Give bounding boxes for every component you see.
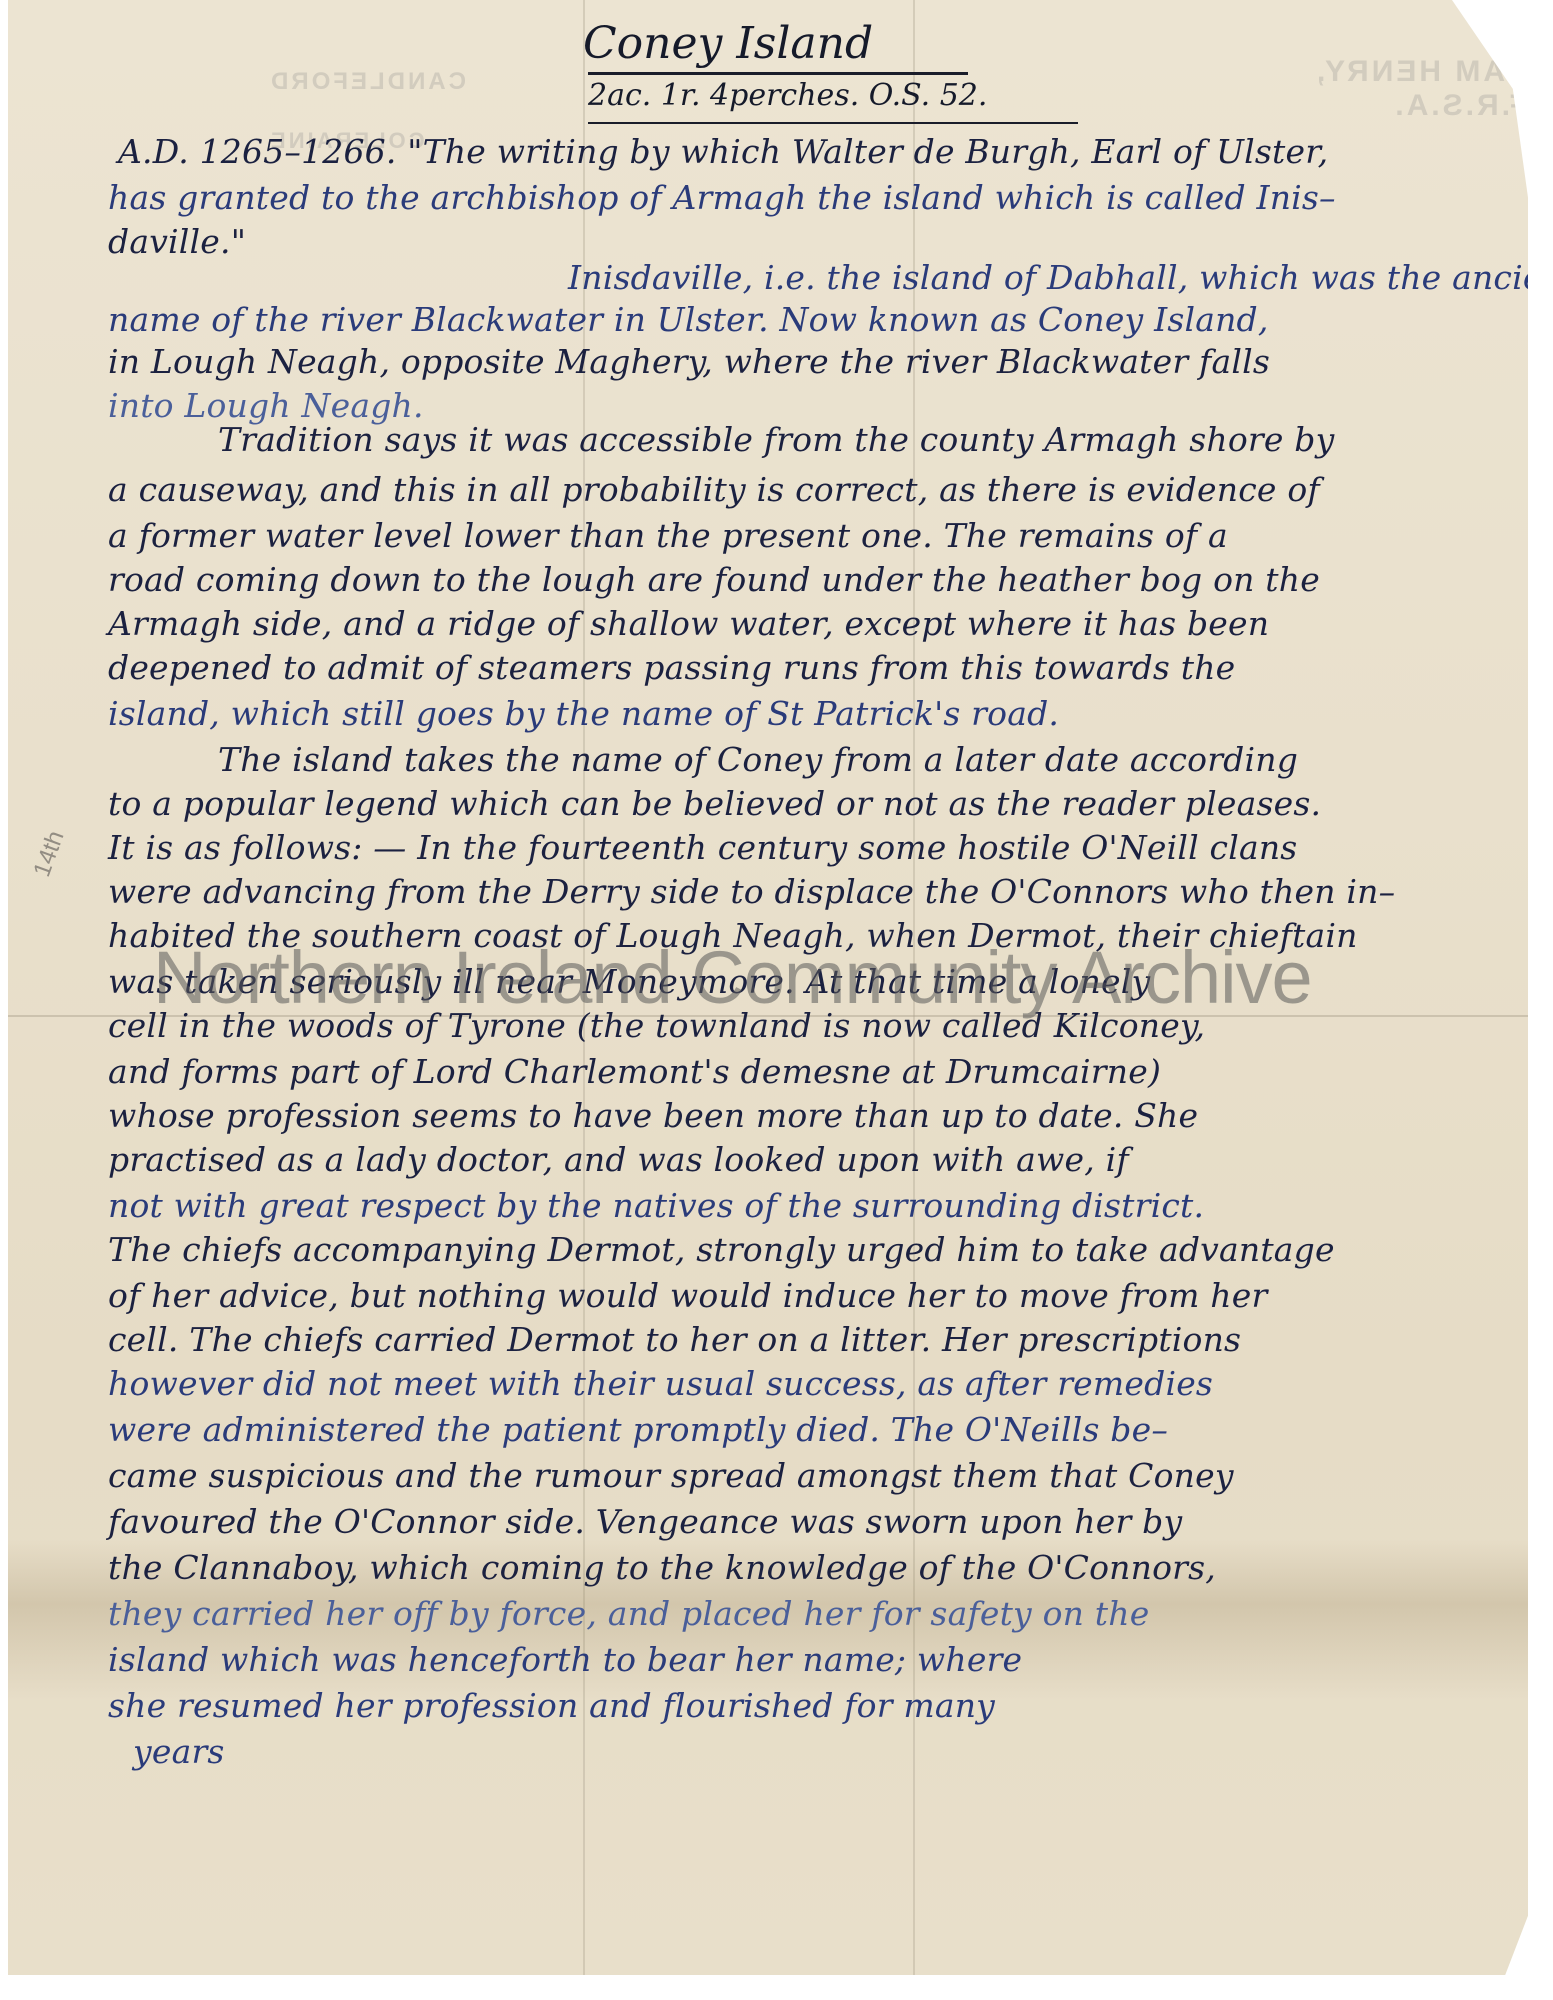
text-line: road coming down to the lough are found … xyxy=(108,560,1320,599)
page-title: Coney Island xyxy=(583,18,873,69)
pencil-margin-note: 14th xyxy=(28,827,70,880)
text-line: island which was henceforth to bear her … xyxy=(108,1640,1022,1679)
text-line: Armagh side, and a ridge of shallow wate… xyxy=(108,604,1269,643)
text-line: the Clannaboy, which coming to the knowl… xyxy=(108,1548,1216,1587)
text-line: deepened to admit of steamers passing ru… xyxy=(108,648,1235,687)
text-line: she resumed her profession and flourishe… xyxy=(108,1686,995,1725)
text-line: practised as a lady doctor, and was look… xyxy=(108,1140,1129,1179)
text-line: Inisdaville, i.e. the island of Dabhall,… xyxy=(568,258,1553,297)
letterhead-place: CANDLEFORD xyxy=(268,68,466,96)
letter-page: SAM HENRY, F.R.S.A. CANDLEFORD COLERAINE… xyxy=(8,0,1528,1975)
text-line: The island takes the name of Coney from … xyxy=(218,740,1298,779)
text-line: a causeway, and this in all probability … xyxy=(108,470,1320,509)
text-line: island, which still goes by the name of … xyxy=(108,694,1059,733)
text-line: were administered the patient promptly d… xyxy=(108,1410,1168,1449)
text-line: were advancing from the Derry side to di… xyxy=(108,872,1395,911)
text-line: Tradition says it was accessible from th… xyxy=(218,420,1334,459)
text-line: however did not meet with their usual su… xyxy=(108,1364,1213,1403)
text-line: A.D. 1265–1266. "The writing by which Wa… xyxy=(118,132,1328,171)
text-line: has granted to the archbishop of Armagh … xyxy=(108,178,1336,217)
text-line: daville." xyxy=(108,222,246,261)
text-line: and forms part of Lord Charlemont's deme… xyxy=(108,1052,1161,1091)
text-line: came suspicious and the rumour spread am… xyxy=(108,1456,1234,1495)
text-line: years xyxy=(133,1732,225,1771)
text-line: not with great respect by the natives of… xyxy=(108,1186,1204,1225)
letterhead-name: SAM HENRY, F.R.S.A. xyxy=(1173,55,1528,123)
subtitle-underline xyxy=(588,122,1078,124)
text-line: It is as follows: — In the fourteenth ce… xyxy=(108,828,1297,867)
text-line: they carried her off by force, and place… xyxy=(108,1594,1149,1633)
title-underline xyxy=(588,72,968,75)
text-line: name of the river Blackwater in Ulster. … xyxy=(108,300,1269,339)
archive-watermark: Northern Ireland Community Archive xyxy=(153,935,1312,1020)
text-line: of her advice, but nothing would would i… xyxy=(108,1276,1267,1315)
text-line: The chiefs accompanying Dermot, strongly… xyxy=(108,1230,1335,1269)
text-line: a former water level lower than the pres… xyxy=(108,516,1228,555)
subtitle-area-measure: 2ac. 1r. 4perches. O.S. 52. xyxy=(588,78,987,113)
text-line: to a popular legend which can be believe… xyxy=(108,784,1321,823)
text-line: whose profession seems to have been more… xyxy=(108,1096,1198,1135)
text-line: in Lough Neagh, opposite Maghery, where … xyxy=(108,342,1270,381)
text-line: cell. The chiefs carried Dermot to her o… xyxy=(108,1320,1241,1359)
text-line: favoured the O'Connor side. Vengeance wa… xyxy=(108,1502,1182,1541)
